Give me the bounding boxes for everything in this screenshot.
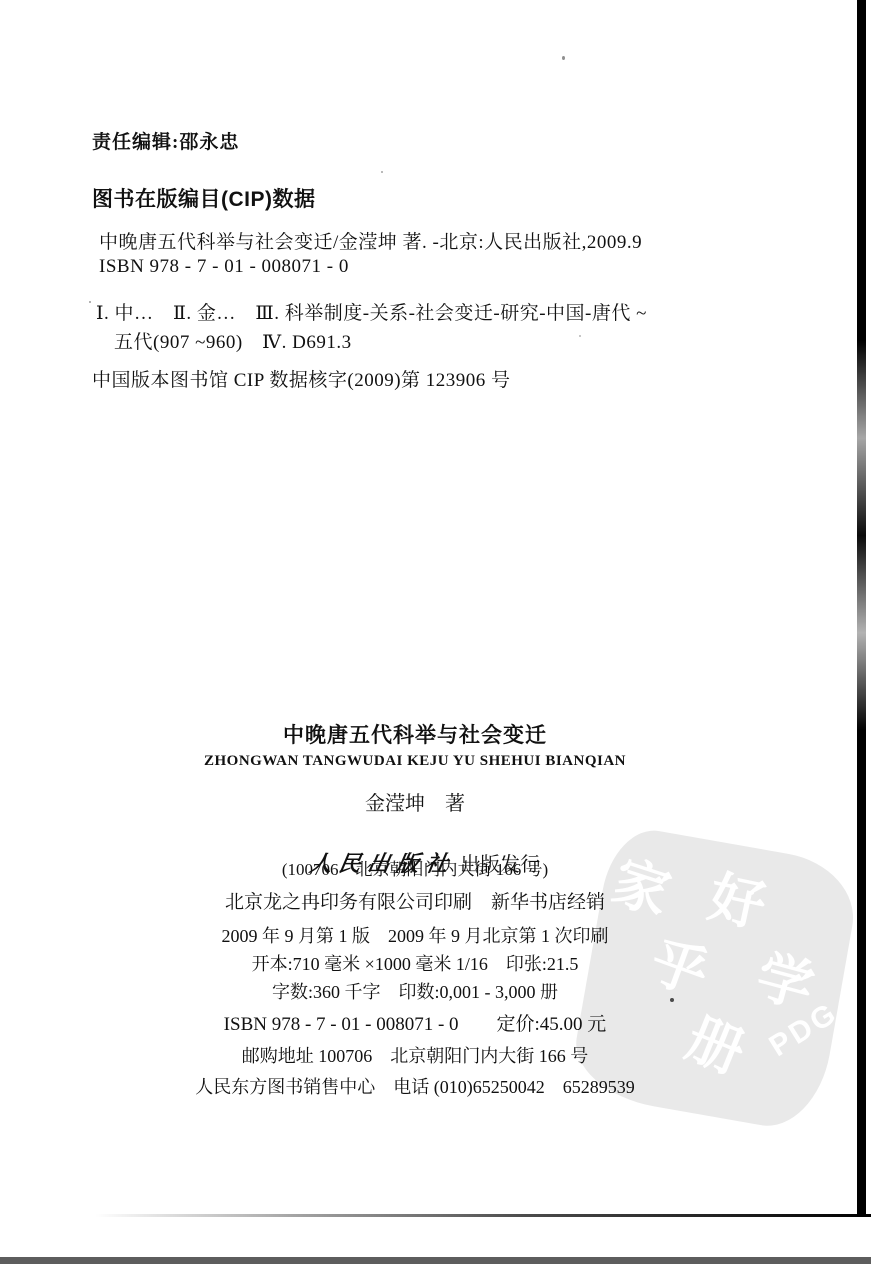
publisher-address: (100706 北京朝阳门内大街 166 号) [0, 855, 830, 880]
cip-record-line: 中晚唐五代科举与社会变迁/金滢坤 著. -北京:人民出版社,2009.9 [99, 227, 642, 254]
book-title-pinyin: ZHONGWAN TANGWUDAI KEJU YU SHEHUI BIANQI… [0, 753, 830, 770]
wordcount-line: 字数:360 千字 印数:0,001 - 3,000 册 [0, 978, 830, 1004]
cip-registry-line: 中国版本图书馆 CIP 数据核字(2009)第 123906 号 [92, 365, 511, 392]
cip-heading: 图书在版编目(CIP)数据 [92, 183, 316, 213]
scan-speck [381, 171, 383, 173]
format-line: 开本:710 毫米 ×1000 毫米 1/16 印张:21.5 [0, 950, 830, 976]
cip-classification-line-1: Ⅰ. 中… Ⅱ. 金… Ⅲ. 科举制度-关系-社会变迁-研究-中国-唐代 ~ [96, 298, 647, 325]
book-title-cn: 中晚唐五代科举与社会变迁 [0, 719, 830, 749]
cip-classification-line-2: 五代(907 ~960) Ⅳ. D691.3 [114, 327, 352, 354]
printer-distributor-line: 北京龙之冉印务有限公司印刷 新华书店经销 [0, 887, 830, 914]
mail-order-line: 邮购地址 100706 北京朝阳门内大街 166 号 [0, 1042, 830, 1068]
scan-speck [670, 998, 674, 1002]
author-line: 金滢坤 著 [0, 787, 830, 816]
editor-credit: 责任编辑:邵永忠 [92, 127, 239, 154]
sales-center-line: 人民东方图书销售中心 电话 (010)65250042 65289539 [0, 1073, 830, 1099]
scanner-bottom-band [0, 1257, 871, 1264]
scan-speck [579, 335, 581, 337]
cip-isbn-line: ISBN 978 - 7 - 01 - 008071 - 0 [99, 256, 349, 278]
page-bottom-edge-line [95, 1214, 871, 1217]
scan-speck [89, 301, 91, 303]
scanned-book-copyright-page: 家 好 乎 学 册 PDG 责任编辑:邵永忠 图书在版编目(CIP)数据 中晚唐… [0, 0, 871, 1264]
isbn-price-line: ISBN 978 - 7 - 01 - 008071 - 0 定价:45.00 … [0, 1009, 830, 1036]
scan-speck [562, 56, 565, 60]
edition-line: 2009 年 9 月第 1 版 2009 年 9 月北京第 1 次印刷 [0, 922, 830, 948]
